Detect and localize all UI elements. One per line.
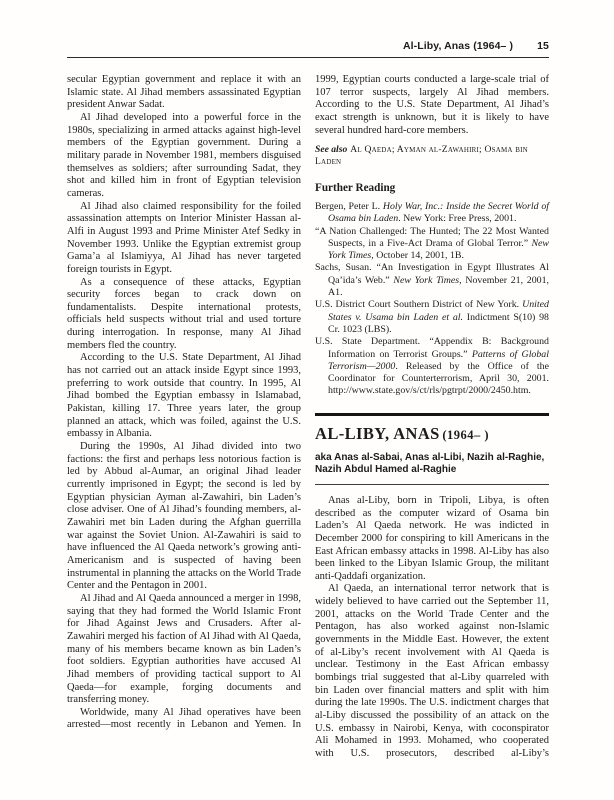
entry-title: AL-LIBY, ANAS <box>315 424 440 443</box>
paragraph: secular Egyptian government and replace … <box>67 74 301 112</box>
further-reading-heading: Further Reading <box>315 182 549 195</box>
left-column: secular Egyptian government and replace … <box>67 74 301 761</box>
bibliography-entry: U.S. District Court Southern District of… <box>315 299 549 336</box>
paragraph: Al Jihad also claimed responsibility for… <box>67 201 301 277</box>
bib-text: “A Nation Challenged: The Hunted; The 22… <box>315 226 549 249</box>
bibliography-entry: Bergen, Peter L. Holy War, Inc.: Inside … <box>315 201 549 226</box>
bibliography-entry: Sachs, Susan. “An Investigation in Egypt… <box>315 262 549 299</box>
see-also-label: See also <box>315 144 347 155</box>
page-header: Al-Liby, Anas (1964– ) 15 <box>67 40 549 58</box>
see-also-line: See alsoAl Qaeda; Ayman al-Zawahiri; Osa… <box>315 144 549 168</box>
bib-text: October 14, 2001, 1B. <box>374 250 464 261</box>
paragraph: Al Jihad developed into a powerful force… <box>67 112 301 201</box>
paragraph: According to the U.S. State Department, … <box>67 352 301 441</box>
paragraph: Al Jihad and Al Qaeda announced a merger… <box>67 593 301 707</box>
paragraph: Worldwide, many Al Jihad operatives have… <box>67 707 301 732</box>
text-columns: secular Egyptian government and replace … <box>67 74 549 761</box>
entry-divider-rule <box>315 484 549 485</box>
running-title: Al-Liby, Anas (1964– ) <box>403 40 513 52</box>
bib-text: . New York: Free Press, 2001. <box>398 213 516 224</box>
bibliography: Bergen, Peter L. Holy War, Inc.: Inside … <box>315 201 549 398</box>
paragraph: 1999, Egyptian courts conducted a large-… <box>315 74 549 137</box>
bib-text: U.S. District Court Southern District of… <box>315 299 522 310</box>
paragraph: Al Qaeda, an international terror networ… <box>315 583 549 760</box>
entry-aka: aka Anas al-Sabai, Anas al-Libi, Nazih a… <box>315 452 549 477</box>
entry-header: AL-LIBY, ANAS (1964– ) aka Anas al-Sabai… <box>315 413 549 477</box>
paragraph: During the 1990s, Al Jihad divided into … <box>67 441 301 593</box>
paragraph: As a consequence of these attacks, Egypt… <box>67 277 301 353</box>
bibliography-entry: “A Nation Challenged: The Hunted; The 22… <box>315 226 549 263</box>
page-number: 15 <box>537 40 549 52</box>
bibliography-entry: U.S. State Department. “Appendix B: Back… <box>315 336 549 397</box>
entry-dates: (1964– ) <box>442 428 489 442</box>
bib-text: Bergen, Peter L. <box>315 201 383 212</box>
paragraph: Anas al-Liby, born in Tripoli, Libya, is… <box>315 495 549 584</box>
bib-title-italic: New York Times, <box>393 275 461 286</box>
book-page: Al-Liby, Anas (1964– ) 15 secular Egypti… <box>0 0 614 800</box>
entry-title-line: AL-LIBY, ANAS (1964– ) <box>315 424 549 446</box>
right-column: 1999, Egyptian courts conducted a large-… <box>315 74 549 761</box>
